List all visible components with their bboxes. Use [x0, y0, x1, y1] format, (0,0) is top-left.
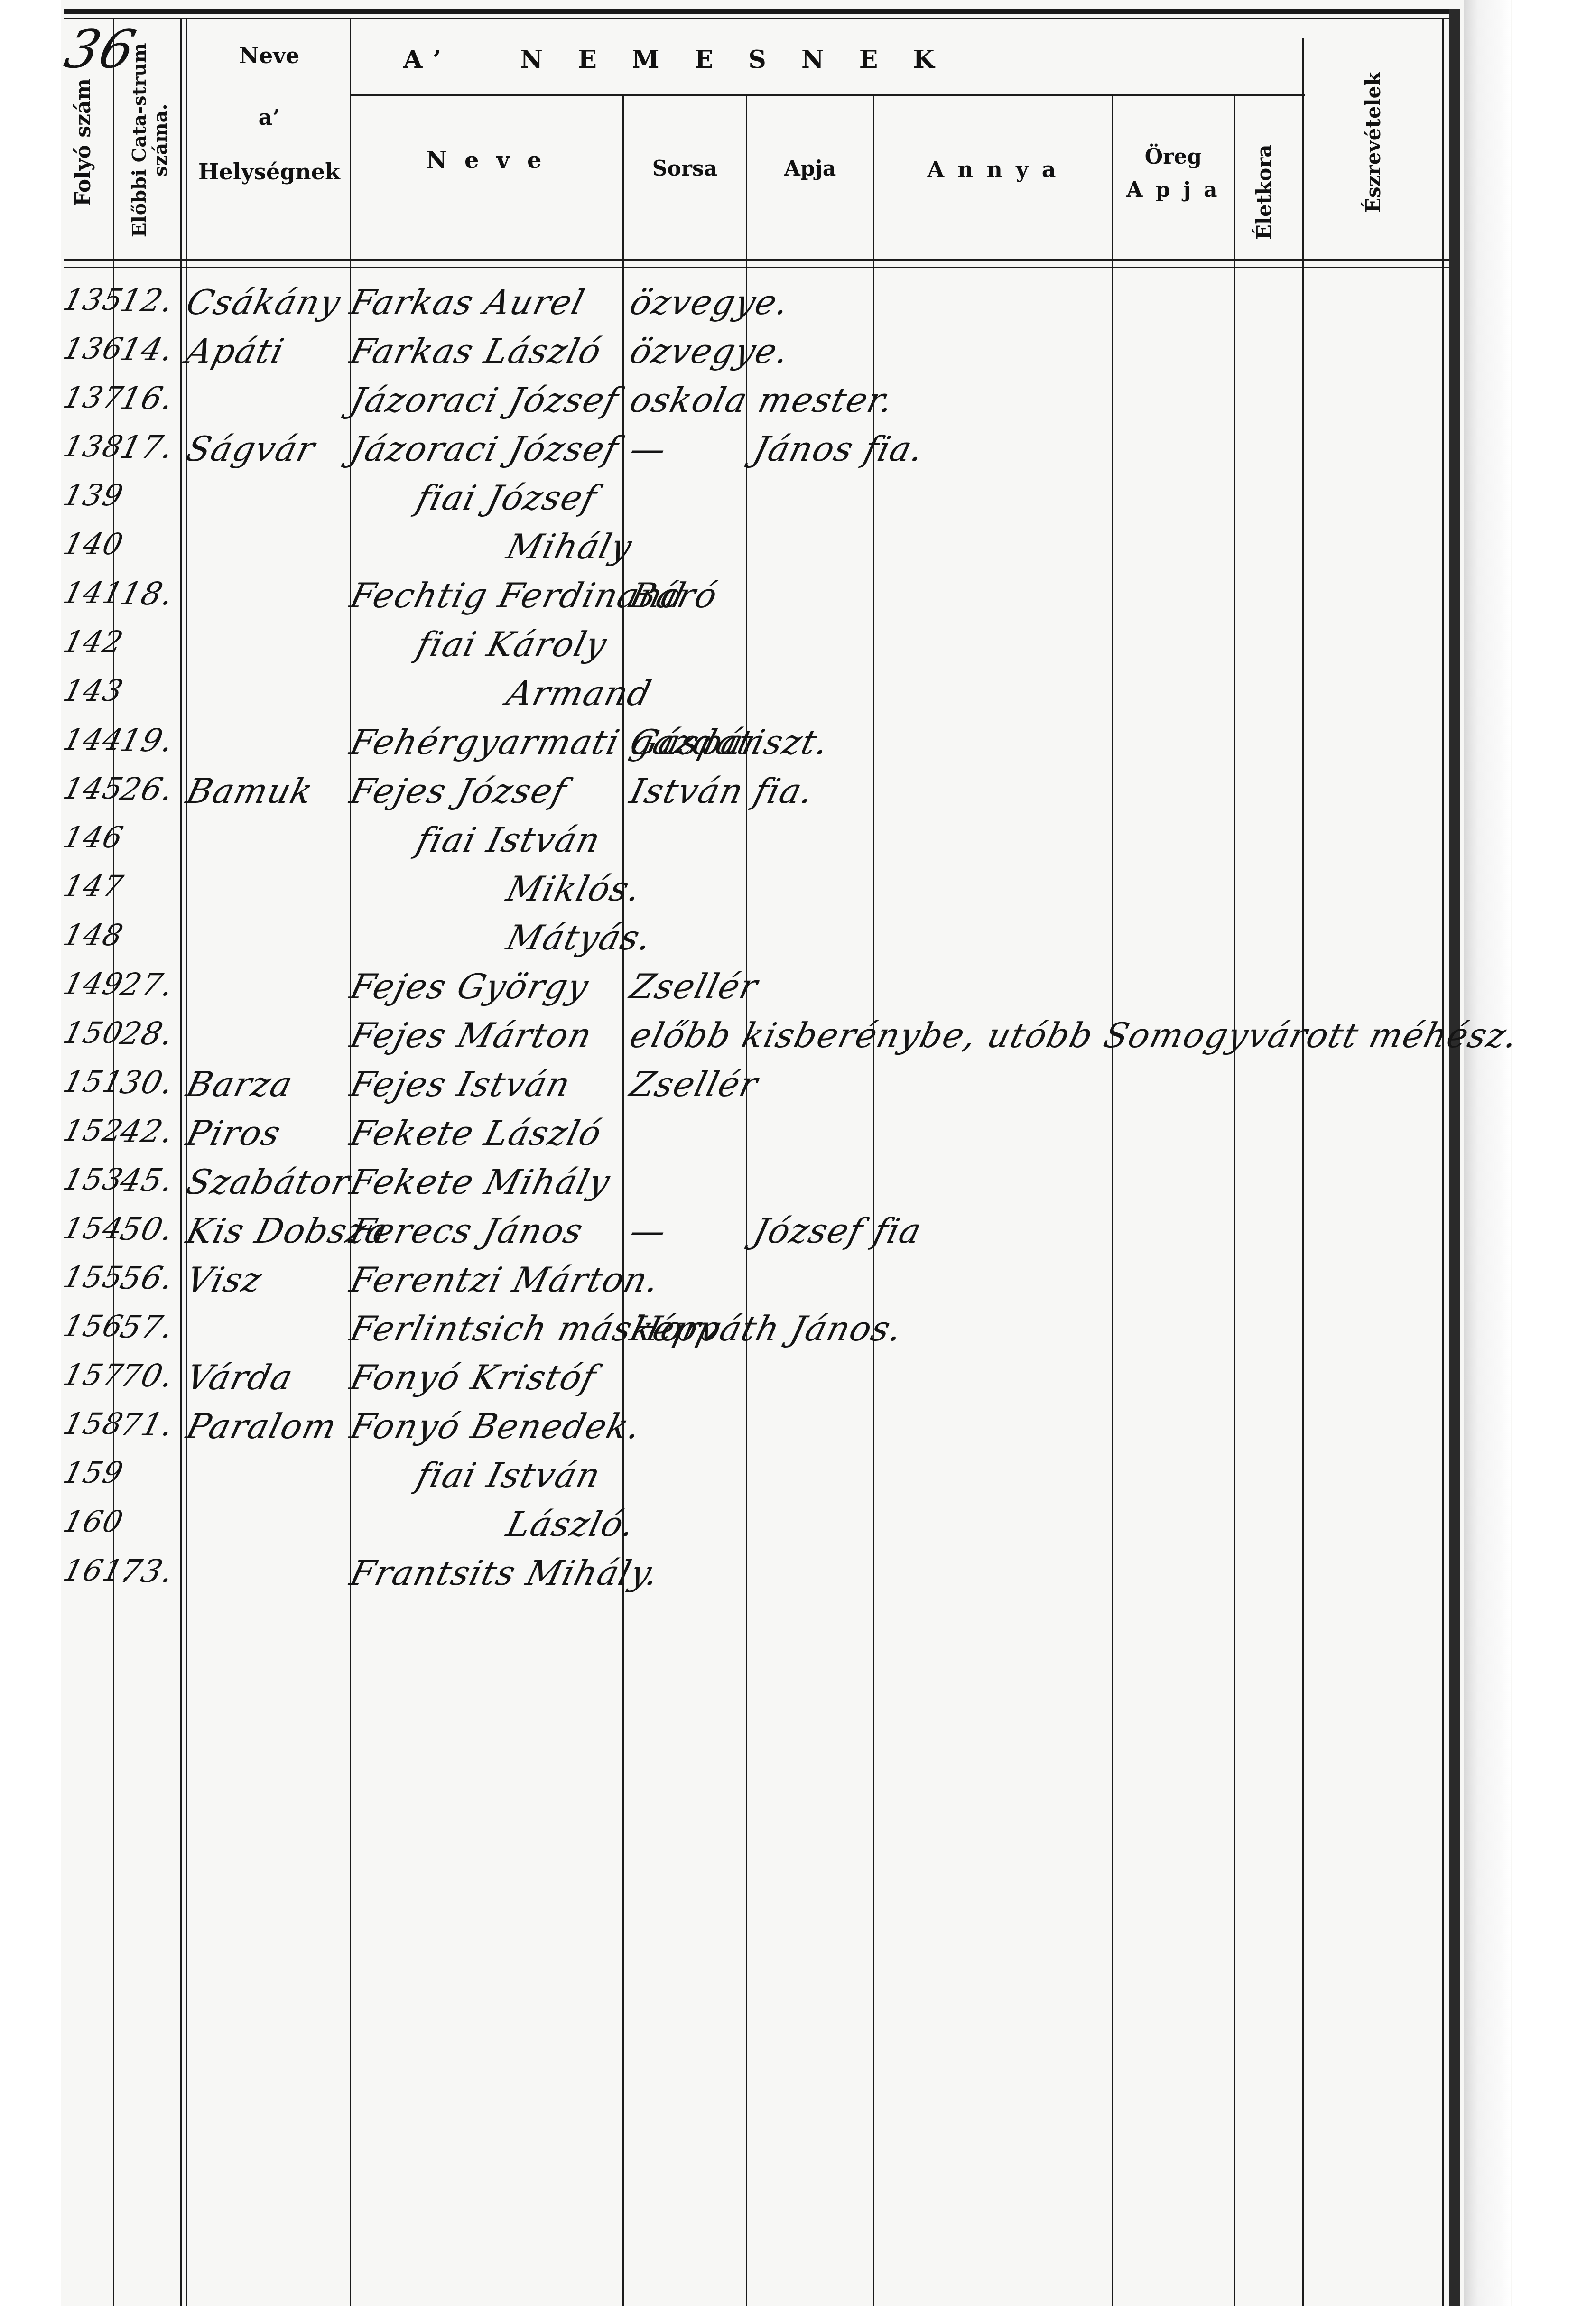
- row-folyo-szam: 159: [60, 1455, 128, 1490]
- row-catastrum-number: 56.: [116, 1260, 178, 1296]
- row-nemes-neve: Mátyás.: [503, 918, 657, 958]
- header-eszrevetelek: Észrevételek: [1362, 62, 1385, 223]
- row-sorsa: özvegye.: [626, 282, 794, 322]
- row-catastrum-number: 27.: [116, 967, 178, 1003]
- col-line-oreg: [1234, 95, 1235, 2306]
- page-edge-shadow: [1464, 0, 1511, 2306]
- row-folyo-szam: 137: [60, 380, 128, 415]
- row-helyseg: Ságvár: [183, 429, 320, 469]
- header-nemes-neve: N e v e: [351, 147, 622, 174]
- row-sorsa: Zsellér: [626, 967, 763, 1006]
- row-nemes-neve: fiai István: [413, 1455, 605, 1495]
- row-folyo-szam: 160: [60, 1504, 128, 1539]
- row-folyo-szam: 158: [60, 1406, 128, 1441]
- row-nemes-neve: Frantsits Mihály.: [346, 1553, 664, 1593]
- row-folyo-szam: 152: [60, 1113, 128, 1148]
- row-catastrum-number: 45.: [116, 1162, 178, 1199]
- row-nemes-neve: Fejes György: [346, 967, 594, 1006]
- row-nemes-neve: Fekete Mihály: [346, 1162, 615, 1202]
- row-folyo-szam: 153: [60, 1162, 128, 1197]
- row-sorsa: oskola mester.: [626, 380, 899, 420]
- col-line-sorsa: [746, 95, 747, 2306]
- row-folyo-szam: 135: [60, 282, 128, 317]
- header-neve-line1: Neve: [190, 43, 349, 68]
- row-catastrum-number: 70.: [116, 1358, 178, 1394]
- row-helyseg: Szabátor: [183, 1162, 355, 1202]
- row-catastrum-number: 12.: [116, 282, 178, 319]
- row-helyseg: Csákány: [183, 282, 346, 322]
- row-nemes-neve: Fejes Márton: [346, 1015, 597, 1055]
- col-line-elobbi-a: [180, 19, 182, 2306]
- header-oreg-apja: A p j a: [1113, 178, 1234, 202]
- row-folyo-szam: 154: [60, 1211, 128, 1246]
- row-sorsa: István fia.: [626, 771, 819, 811]
- row-catastrum-number: 28.: [116, 1015, 178, 1052]
- row-helyseg: Bamuk: [183, 771, 318, 811]
- header-helysegnek: Helységnek: [190, 159, 349, 185]
- row-helyseg: Apáti: [183, 331, 289, 371]
- row-sorsa: Báró: [626, 576, 723, 615]
- row-helyseg: Piros: [183, 1113, 286, 1153]
- col-line-apja: [873, 95, 874, 2306]
- row-folyo-szam: 142: [60, 624, 128, 659]
- row-folyo-szam: 155: [60, 1260, 128, 1294]
- header-sorsa: Sorsa: [624, 157, 746, 181]
- row-catastrum-number: 18.: [116, 576, 178, 612]
- header-oreg: Öreg: [1113, 145, 1234, 169]
- row-catastrum-number: 26.: [116, 771, 178, 808]
- row-nemes-neve: Fejes István: [346, 1064, 575, 1104]
- header-eletkora: Életkora: [1253, 142, 1276, 242]
- row-helyseg: Várda: [183, 1358, 298, 1397]
- row-folyo-szam: 140: [60, 527, 128, 561]
- row-helyseg: Visz: [183, 1260, 267, 1300]
- row-nemes-neve: Fonyó Benedek.: [346, 1406, 646, 1446]
- row-folyo-szam: 156: [60, 1309, 128, 1343]
- row-nemes-neve: Jázoraci József: [346, 429, 623, 469]
- row-folyo-szam: 144: [60, 722, 128, 757]
- top-border: [64, 9, 1459, 14]
- right-border-thick: [1449, 9, 1460, 2306]
- row-folyo-szam: 141: [60, 576, 128, 610]
- row-sorsa: előbb kisberénybe, utóbb Somogyvárott mé…: [626, 1015, 1523, 1055]
- header-bottom-rule: [64, 259, 1459, 261]
- row-helyseg: Paralom: [183, 1406, 342, 1446]
- row-catastrum-number: 17.: [116, 429, 178, 465]
- row-nemes-neve: Fejes József: [346, 771, 572, 811]
- right-border-thin: [1442, 19, 1444, 2306]
- row-catastrum-number: 30.: [116, 1064, 178, 1101]
- header-folyo-szam: Folyó szám: [71, 71, 95, 214]
- row-folyo-szam: 136: [60, 331, 128, 366]
- row-folyo-szam: 146: [60, 820, 128, 855]
- row-catastrum-number: 57.: [116, 1309, 178, 1345]
- row-nemes-neve: Fekete László: [346, 1113, 606, 1153]
- row-apja: János fia.: [750, 429, 929, 469]
- header-annya: A n n y a: [874, 157, 1112, 182]
- row-catastrum-number: 42.: [116, 1113, 178, 1150]
- row-nemes-neve: Ferentzi Márton.: [346, 1260, 664, 1300]
- row-sorsa: özvegye.: [626, 331, 794, 371]
- col-line-eletkora: [1302, 38, 1304, 2306]
- row-folyo-szam: 147: [60, 869, 128, 903]
- col-line-annya: [1112, 95, 1113, 2306]
- row-catastrum-number: 16.: [116, 380, 178, 417]
- row-catastrum-number: 71.: [116, 1406, 178, 1443]
- top-border-inner: [64, 18, 1459, 19]
- row-catastrum-number: 14.: [116, 331, 178, 368]
- row-nemes-neve: Fonyó Kristóf: [346, 1358, 601, 1397]
- row-nemes-neve: Mihály: [503, 527, 637, 567]
- row-sorsa: gazdatiszt.: [626, 722, 834, 762]
- row-folyo-szam: 138: [60, 429, 128, 464]
- row-nemes-neve: Jázoraci József: [346, 380, 623, 420]
- header-bottom-rule-2: [64, 267, 1459, 268]
- row-nemes-neve: László.: [503, 1504, 640, 1544]
- row-catastrum-number: 50.: [116, 1211, 178, 1247]
- row-folyo-szam: 149: [60, 967, 128, 1001]
- row-nemes-neve: Armand: [503, 673, 656, 713]
- header-elobbi-catastrum: Előbbi Cata-strum száma.: [129, 38, 172, 242]
- row-catastrum-number: 19.: [116, 722, 178, 759]
- row-folyo-szam: 139: [60, 478, 128, 512]
- header-nemesnek: A’ N E M E S N E K: [403, 45, 1257, 74]
- header-apja: Apja: [747, 157, 873, 181]
- row-helyseg: Barza: [183, 1064, 297, 1104]
- row-sorsa: Horváth János.: [626, 1309, 908, 1348]
- row-sorsa: Zsellér: [626, 1064, 763, 1104]
- row-folyo-szam: 151: [60, 1064, 128, 1099]
- row-catastrum-number: 73.: [116, 1553, 178, 1590]
- row-nemes-neve: Ferecs János: [346, 1211, 588, 1251]
- row-folyo-szam: 148: [60, 918, 128, 952]
- row-nemes-neve: Farkas Aurel: [346, 282, 589, 322]
- nemesnek-group-rule: [351, 94, 1305, 96]
- row-folyo-szam: 145: [60, 771, 128, 806]
- row-nemes-neve: Miklós.: [503, 869, 646, 909]
- row-apja: József fia: [750, 1211, 927, 1251]
- row-nemes-neve: Farkas László: [346, 331, 606, 371]
- row-folyo-szam: 150: [60, 1015, 128, 1050]
- row-folyo-szam: 157: [60, 1358, 128, 1392]
- row-folyo-szam: 143: [60, 673, 128, 708]
- col-line-neve: [622, 95, 624, 2306]
- row-nemes-neve: fiai József: [413, 478, 602, 518]
- row-nemes-neve: fiai Károly: [413, 624, 612, 664]
- header-neve-line2: a’: [190, 104, 349, 130]
- row-nemes-neve: fiai István: [413, 820, 605, 860]
